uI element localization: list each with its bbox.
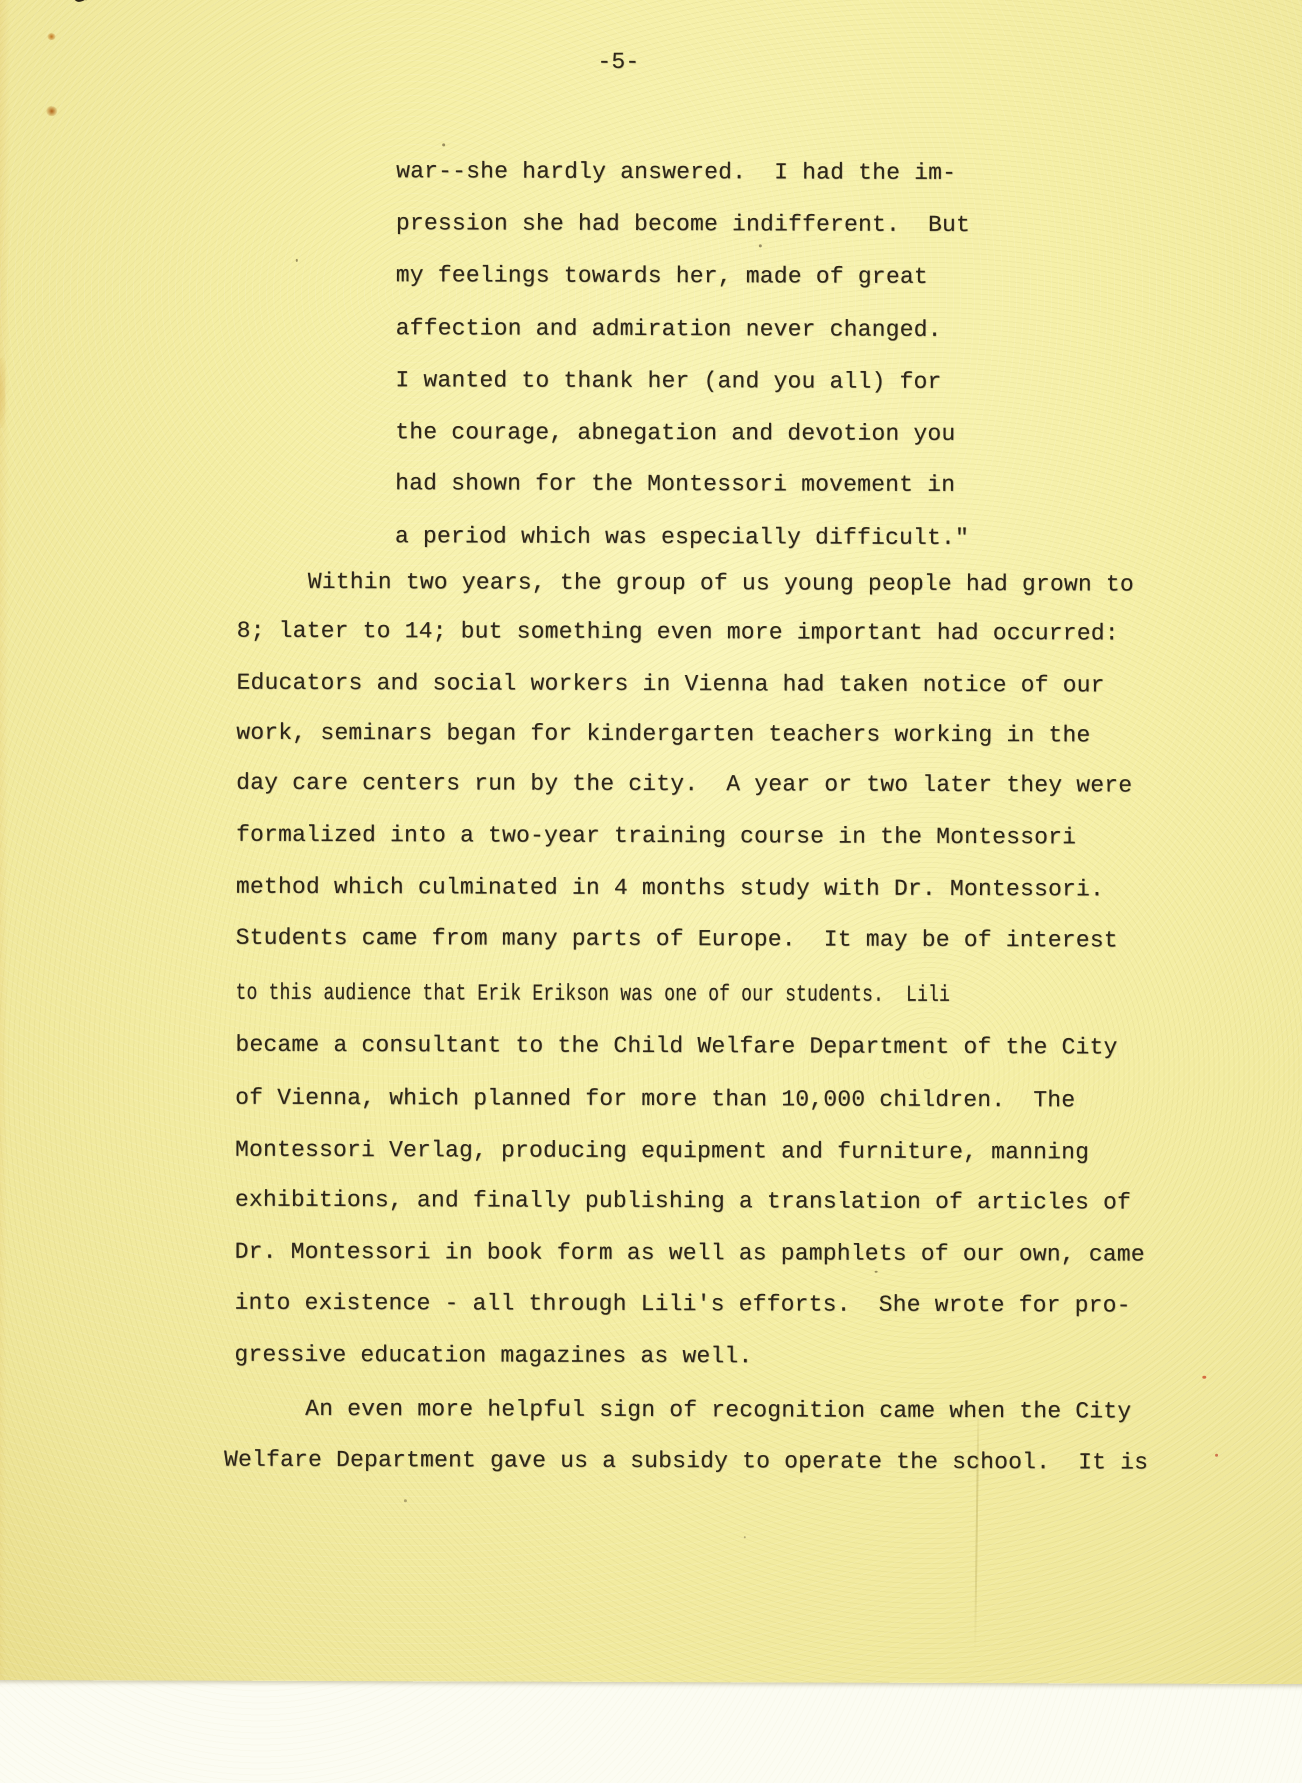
quote-line: war--she hardly answered. I had the im-: [396, 157, 956, 187]
body-line: exhibitions, and finally publishing a tr…: [235, 1186, 1131, 1217]
red-speck: [1202, 1376, 1206, 1379]
body-line: day care centers run by the city. A year…: [236, 769, 1132, 800]
body-line: became a consultant to the Child Welfare…: [235, 1031, 1117, 1062]
quote-line: a period which was especially difficult.…: [395, 522, 969, 552]
paper-speck: [744, 1536, 746, 1538]
body-line: gressive education magazines as well.: [234, 1341, 752, 1371]
body-line: of Vienna, which planned for more than 1…: [235, 1084, 1075, 1115]
body-line: Within two years, the group of us young …: [308, 568, 1134, 599]
body-line: Educators and social workers in Vienna h…: [236, 669, 1104, 700]
body-line: 8; later to 14; but something even more …: [237, 617, 1119, 648]
body-line: to this audience that Erik Erikson was o…: [235, 979, 950, 1009]
paper-sheet: -5- war--she hardly answered. I had the …: [0, 0, 1302, 1684]
scanned-document-page: -5- war--she hardly answered. I had the …: [0, 0, 1302, 1783]
body-line: Students came from many parts of Europe.…: [236, 924, 1118, 955]
body-line: method which culminated in 4 months stud…: [236, 873, 1104, 904]
body-line: An even more helpful sign of recognition…: [305, 1395, 1131, 1426]
quote-line: my feelings towards her, made of great: [396, 261, 928, 291]
paper-speck: [442, 143, 445, 146]
body-line: Dr. Montessori in book form as well as p…: [235, 1238, 1145, 1269]
rust-stain: [47, 33, 55, 40]
body-line: into existence - all through Lili's effo…: [234, 1289, 1130, 1320]
quote-line: affection and admiration never changed.: [396, 314, 942, 344]
paper-speck: [759, 244, 762, 247]
red-speck: [1215, 1454, 1218, 1457]
quote-line: had shown for the Montessori movement in: [395, 469, 955, 499]
rust-stain: [46, 106, 57, 116]
paper-speck: [404, 1499, 407, 1502]
body-line: formalized into a two-year training cour…: [236, 821, 1076, 852]
paper-speck: [875, 1271, 878, 1273]
quote-line: I wanted to thank her (and you all) for: [395, 366, 941, 396]
body-line: work, seminars began for kindergarten te…: [236, 719, 1090, 750]
ink-blot: [72, 0, 90, 4]
body-line: Welfare Department gave us a subsidy to …: [224, 1446, 1148, 1477]
body-line: Montessori Verlag, producing equipment a…: [235, 1136, 1089, 1167]
left-edge-smudge: [0, 358, 5, 428]
paper-speck: [296, 259, 298, 262]
page-number: -5-: [597, 48, 639, 76]
quote-line: the courage, abnegation and devotion you: [395, 418, 955, 448]
paper-crease: [974, 1397, 979, 1652]
left-edge-tint: [0, 0, 11, 1680]
quote-line: pression she had become indifferent. But: [396, 209, 970, 239]
